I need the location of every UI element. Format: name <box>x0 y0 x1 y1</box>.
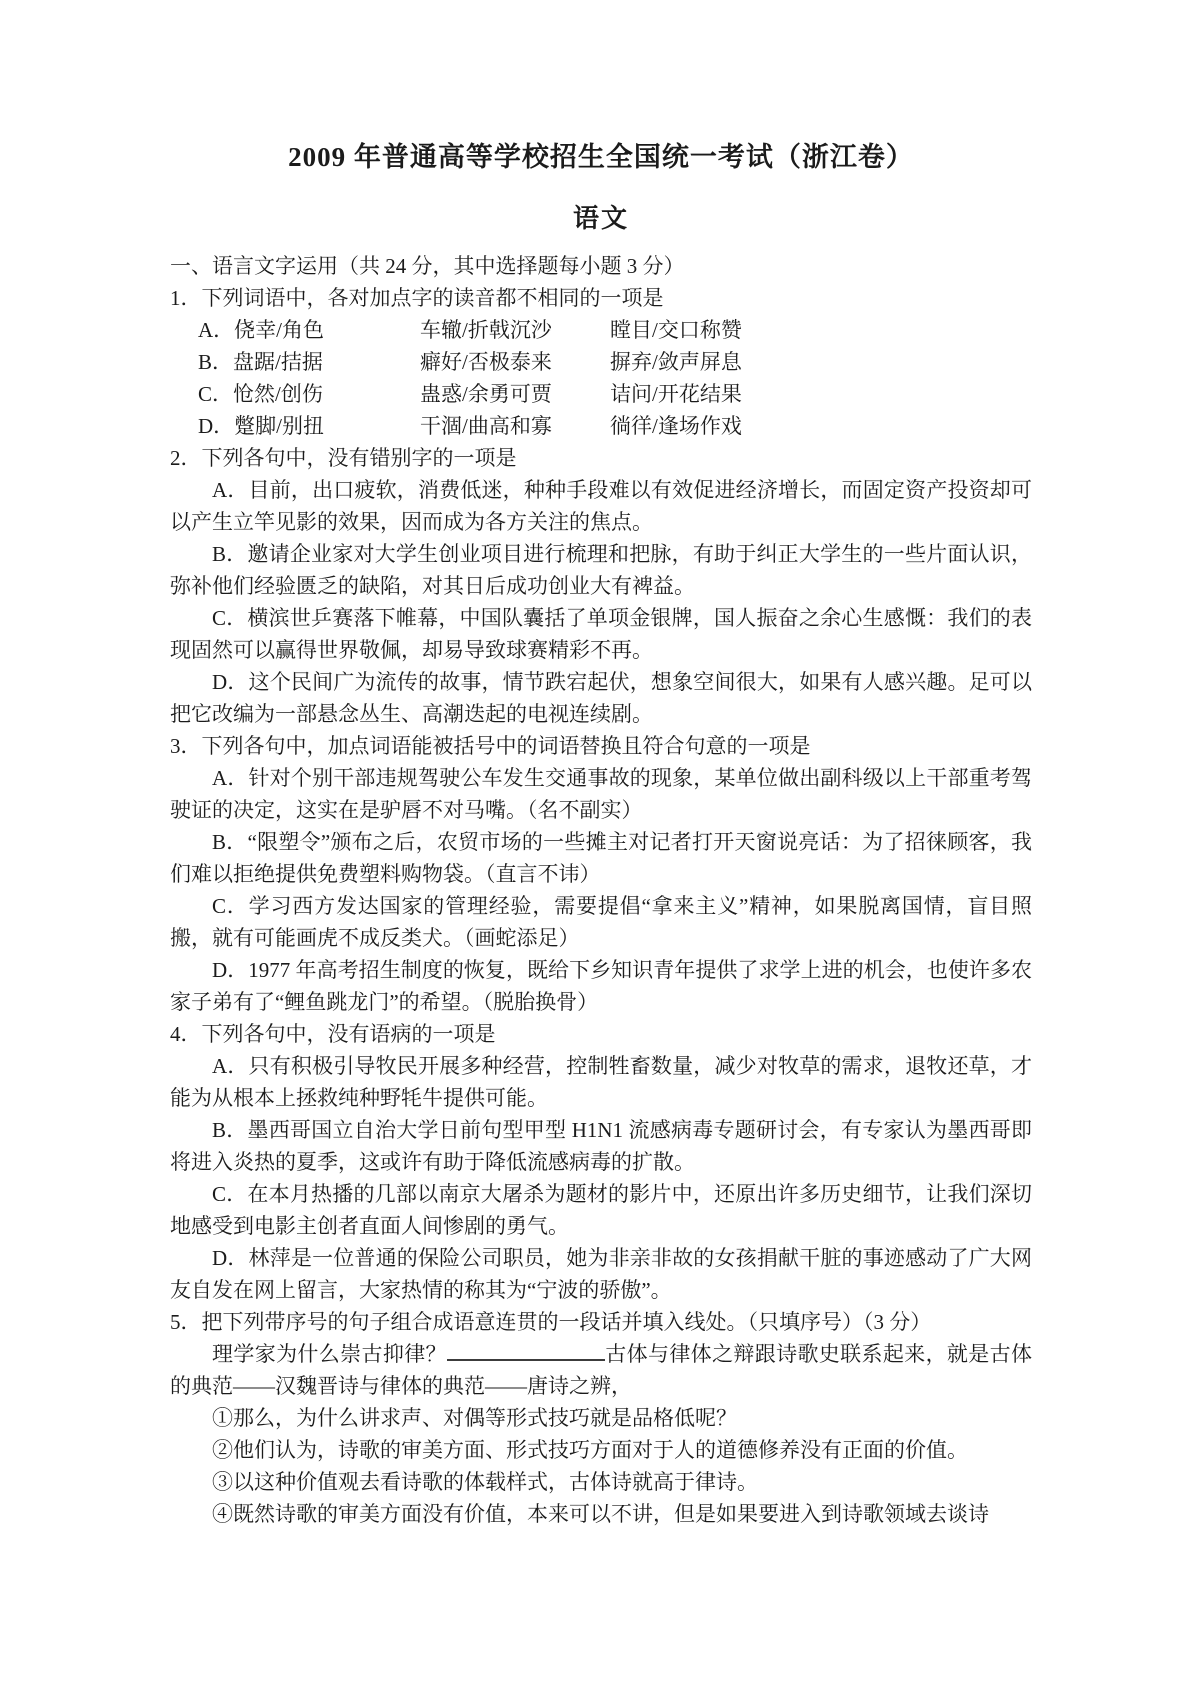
option-b-pair-1-text: 盘踞/拮据 <box>233 350 323 374</box>
question-1-options: A．侥幸/角色 车辙/折戟沉沙 瞠目/交口称赞 B．盘踞/拮据 癖好/否极泰来 … <box>198 314 1032 442</box>
page-title: 2009 年普通高等学校招生全国统一考试（浙江卷） <box>170 140 1032 174</box>
section-heading: 一、语言文字运用（共 24 分，其中选择题每小题 3 分） <box>170 250 1032 282</box>
option-a-pair-1-text: 侥幸/角色 <box>234 318 324 342</box>
question-5-lead-before: 理学家为什么崇古抑律？ <box>212 1342 447 1366</box>
question-5-sentence-1: ①那么，为什么讲求声、对偶等形式技巧就是品格低呢？ <box>170 1402 1032 1434</box>
option-d-pair-3: 徜徉/逢场作戏 <box>610 410 1032 442</box>
option-a-pair-1: A．侥幸/角色 <box>198 314 420 346</box>
question-5-stem: 5．把下列带序号的句子组合成语意连贯的一段话并填入线处。（只填序号）（3 分） <box>170 1306 1032 1338</box>
question-4-stem: 4．下列各句中，没有语病的一项是 <box>170 1018 1032 1050</box>
question-1-option-a: A．侥幸/角色 车辙/折戟沉沙 瞠目/交口称赞 <box>198 314 1032 346</box>
option-c-pair-1-text: 怆然/创伤 <box>233 382 323 406</box>
question-3-option-a: A．针对个别干部违规驾驶公车发生交通事故的现象，某单位做出副科级以上干部重考驾驶… <box>170 762 1032 826</box>
option-c-label: C． <box>198 382 233 406</box>
exam-body: 一、语言文字运用（共 24 分，其中选择题每小题 3 分） 1．下列词语中，各对… <box>170 250 1032 1530</box>
question-2-option-d: D．这个民间广为流传的故事，情节跌宕起伏，想象空间很大，如果有人感兴趣。足可以把… <box>170 666 1032 730</box>
option-b-pair-1: B．盘踞/拮据 <box>198 346 420 378</box>
question-5-sentence-4: ④既然诗歌的审美方面没有价值，本来可以不讲，但是如果要进入到诗歌领域去谈诗 <box>170 1498 1032 1530</box>
option-d-label: D． <box>198 414 234 438</box>
option-d-pair-1: D．蹩脚/别扭 <box>198 410 420 442</box>
question-1-option-d: D．蹩脚/别扭 干涸/曲高和寡 徜徉/逢场作戏 <box>198 410 1032 442</box>
question-5-sentence-2: ②他们认为，诗歌的审美方面、形式技巧方面对于人的道德修养没有正面的价值。 <box>170 1434 1032 1466</box>
answer-blank-line <box>447 1341 605 1361</box>
option-b-pair-2: 癖好/否极泰来 <box>420 346 610 378</box>
subject-title: 语文 <box>170 202 1032 236</box>
question-3-option-d: D．1977 年高考招生制度的恢复，既给下乡知识青年提供了求学上进的机会，也使许… <box>170 954 1032 1018</box>
option-a-label: A． <box>198 318 234 342</box>
option-d-pair-1-text: 蹩脚/别扭 <box>234 414 324 438</box>
option-d-pair-2: 干涸/曲高和寡 <box>420 410 610 442</box>
question-1-option-c: C．怆然/创伤 蛊惑/余勇可贾 诘问/开花结果 <box>198 378 1032 410</box>
question-1-stem: 1．下列词语中，各对加点字的读音都不相同的一项是 <box>170 282 1032 314</box>
question-4-option-c: C．在本月热播的几部以南京大屠杀为题材的影片中，还原出许多历史细节，让我们深切地… <box>170 1178 1032 1242</box>
question-4-option-b: B．墨西哥国立自治大学日前句型甲型 H1N1 流感病毒专题研讨会，有专家认为墨西… <box>170 1114 1032 1178</box>
question-2-option-b: B．邀请企业家对大学生创业项目进行梳理和把脉，有助于纠正大学生的一些片面认识，弥… <box>170 538 1032 602</box>
question-5-lead: 理学家为什么崇古抑律？古体与律体之辩跟诗歌史联系起来，就是古体的典范——汉魏晋诗… <box>170 1338 1032 1402</box>
page-content: 2009 年普通高等学校招生全国统一考试（浙江卷） 语文 一、语言文字运用（共 … <box>0 0 1200 1530</box>
option-c-pair-2: 蛊惑/余勇可贾 <box>420 378 610 410</box>
question-2-option-c: C．横滨世乒赛落下帷幕，中国队囊括了单项金银牌，国人振奋之余心生感慨：我们的表现… <box>170 602 1032 666</box>
question-5-sentence-3: ③以这种价值观去看诗歌的体载样式，古体诗就高于律诗。 <box>170 1466 1032 1498</box>
question-2-stem: 2．下列各句中，没有错别字的一项是 <box>170 442 1032 474</box>
question-3-option-b: B．“限塑令”颁布之后，农贸市场的一些摊主对记者打开天窗说亮话：为了招徕顾客，我… <box>170 826 1032 890</box>
option-b-pair-3: 摒弃/敛声屏息 <box>610 346 1032 378</box>
option-c-pair-1: C．怆然/创伤 <box>198 378 420 410</box>
question-4-option-a: A．只有积极引导牧民开展多种经营，控制牲畜数量，减少对牧草的需求，退牧还草，才能… <box>170 1050 1032 1114</box>
question-3-option-c: C．学习西方发达国家的管理经验，需要提倡“拿来主义”精神，如果脱离国情，盲目照搬… <box>170 890 1032 954</box>
question-4-option-d: D．林萍是一位普通的保险公司职员，她为非亲非故的女孩捐献干脏的事迹感动了广大网友… <box>170 1242 1032 1306</box>
exam-document-page: 2009 年普通高等学校招生全国统一考试（浙江卷） 语文 一、语言文字运用（共 … <box>0 0 1200 1698</box>
option-b-label: B． <box>198 350 233 374</box>
option-a-pair-2: 车辙/折戟沉沙 <box>420 314 610 346</box>
question-1-option-b: B．盘踞/拮据 癖好/否极泰来 摒弃/敛声屏息 <box>198 346 1032 378</box>
question-2-option-a: A．目前，出口疲软，消费低迷，种种手段难以有效促进经济增长，而固定资产投资却可以… <box>170 474 1032 538</box>
option-a-pair-3: 瞠目/交口称赞 <box>610 314 1032 346</box>
option-c-pair-3: 诘问/开花结果 <box>610 378 1032 410</box>
question-3-stem: 3．下列各句中，加点词语能被括号中的词语替换且符合句意的一项是 <box>170 730 1032 762</box>
